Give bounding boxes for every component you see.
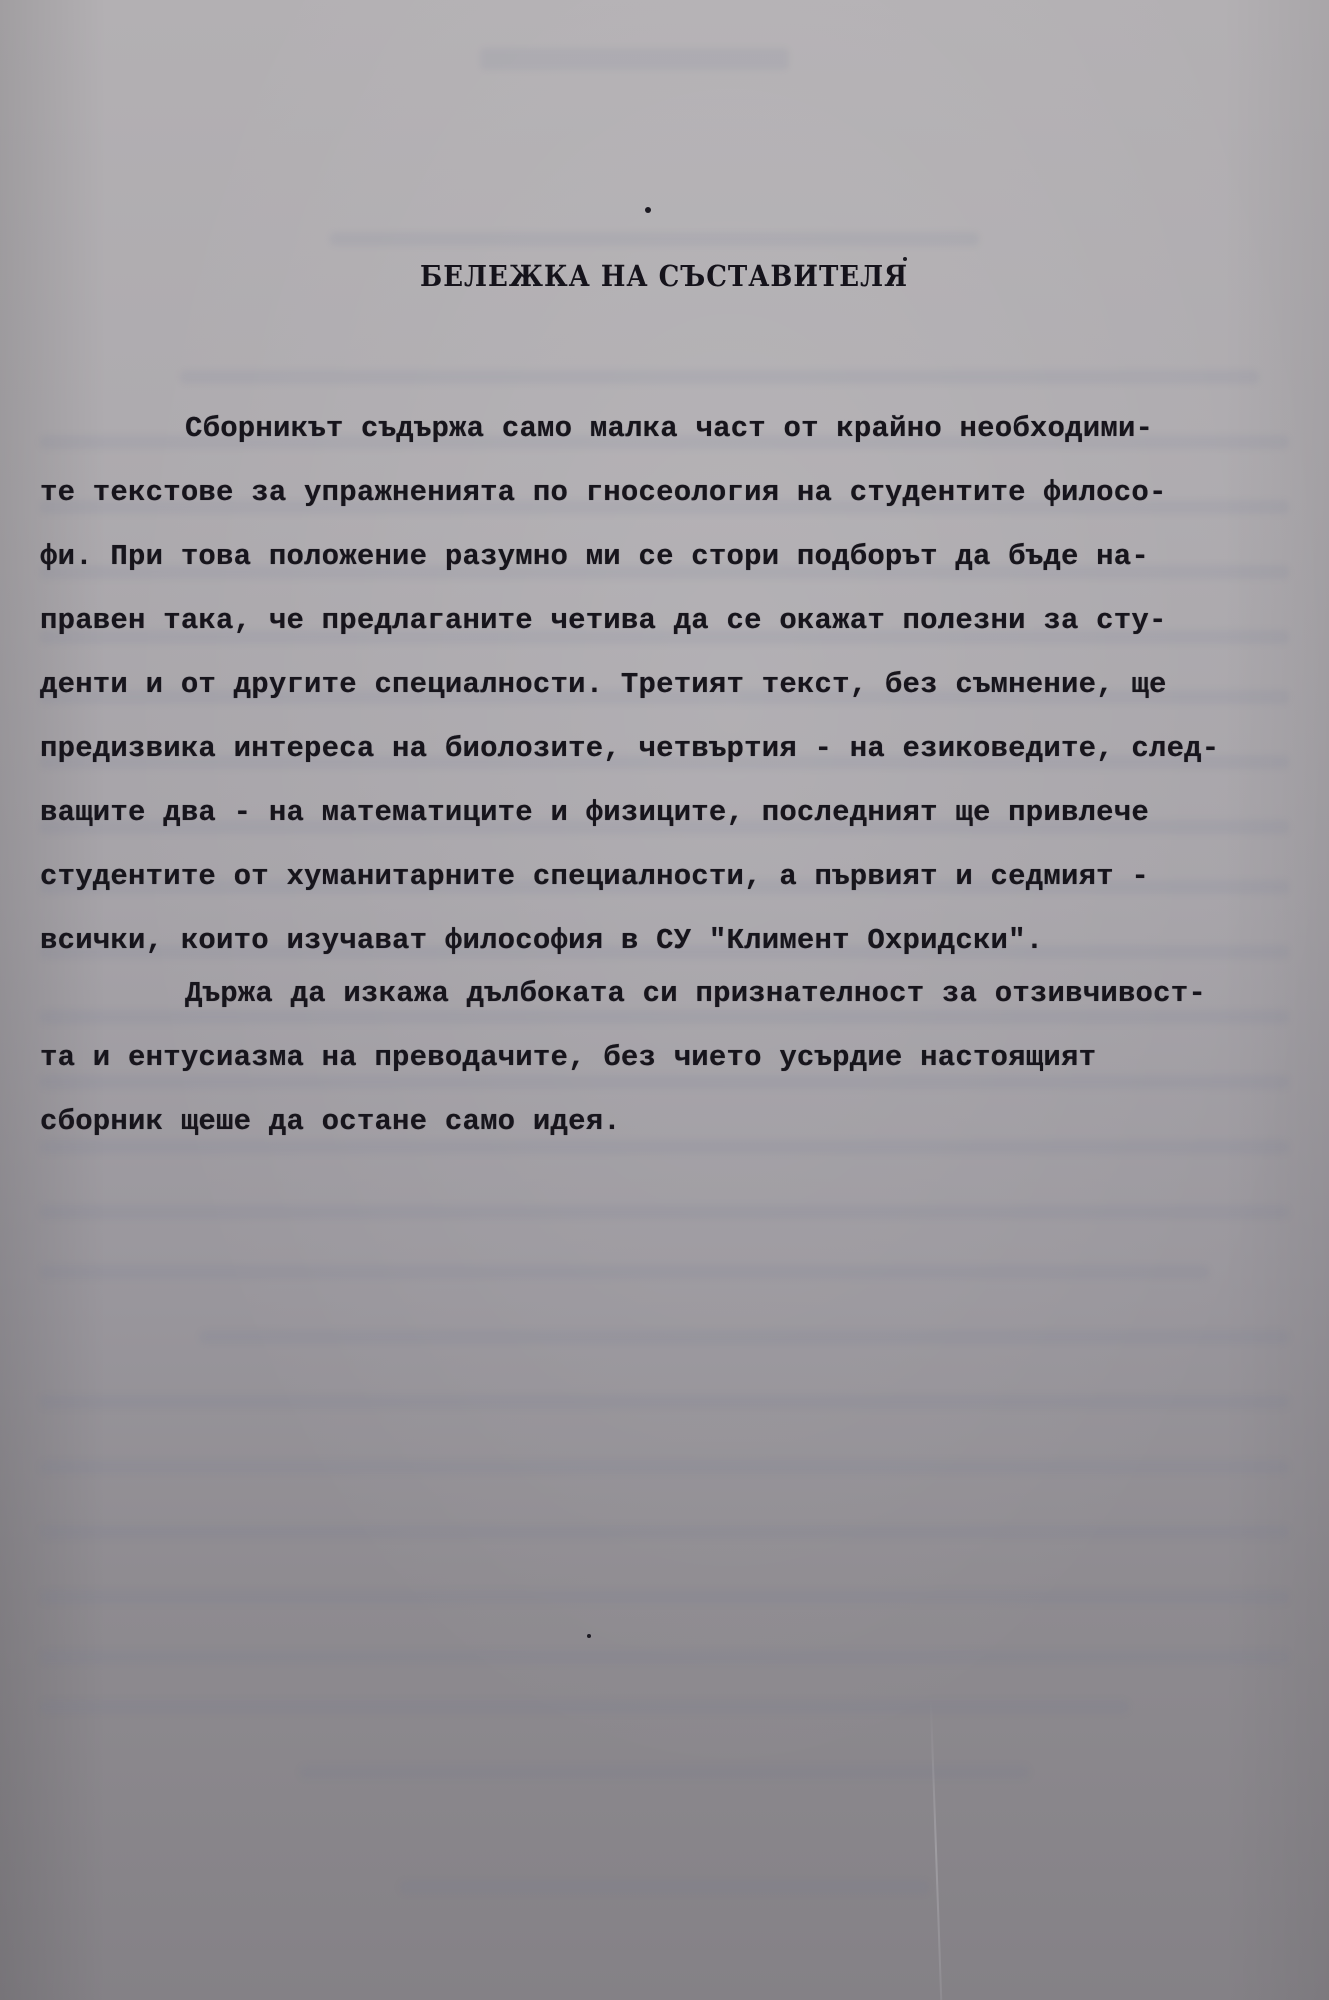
ink-speck: [587, 1634, 591, 1638]
bleed-through-line: [40, 1525, 1289, 1539]
text-line: Сборникът съдържа само малка част от кра…: [40, 397, 1280, 461]
document-title: БЕЛЕЖКА НА СЪСТАВИТЕЛЯ: [420, 261, 908, 294]
text-line: ващите два - на математиците и физиците,…: [40, 781, 1280, 845]
bleed-through-line: [40, 1460, 1289, 1474]
paragraph-2: Държа да изкажа дълбоката си признателно…: [40, 962, 1280, 1154]
bleed-through-line: [40, 1650, 1289, 1664]
bleed-through-line: [330, 232, 979, 246]
bleed-through-line: [40, 1395, 1289, 1409]
text-line: денти и от другите специалности. Третият…: [40, 653, 1280, 717]
bleed-through-line: [40, 1700, 1129, 1714]
bleed-through-line: [40, 1590, 1289, 1604]
bleed-through-line: [200, 1330, 1289, 1344]
text-line: Държа да изкажа дълбоката си признателно…: [40, 962, 1280, 1026]
paragraph-1: Сборникът съдържа само малка част от кра…: [40, 397, 1280, 973]
text-line: те текстове за упражненията по гносеолог…: [40, 461, 1280, 525]
bleed-through-line: [480, 48, 789, 70]
paper-crease: [930, 1700, 942, 2000]
text-line: студентите от хуманитарните специалности…: [40, 845, 1280, 909]
bleed-through-line: [300, 1765, 1029, 1779]
text-line: та и ентусиазма на преводачите, без чиет…: [40, 1026, 1280, 1090]
bleed-through-line: [40, 1265, 1209, 1279]
text-line: фи. При това положение разумно ми се сто…: [40, 525, 1280, 589]
text-line: сборник щеше да остане само идея.: [40, 1090, 1280, 1154]
bleed-through-line: [40, 1205, 1289, 1219]
ink-speck: [645, 207, 651, 213]
text-line: правен така, че предлаганите четива да с…: [40, 589, 1280, 653]
bleed-through-line: [400, 1880, 929, 1894]
bleed-through-line: [180, 370, 1259, 384]
text-line: предизвика интереса на биолозите, четвър…: [40, 717, 1280, 781]
